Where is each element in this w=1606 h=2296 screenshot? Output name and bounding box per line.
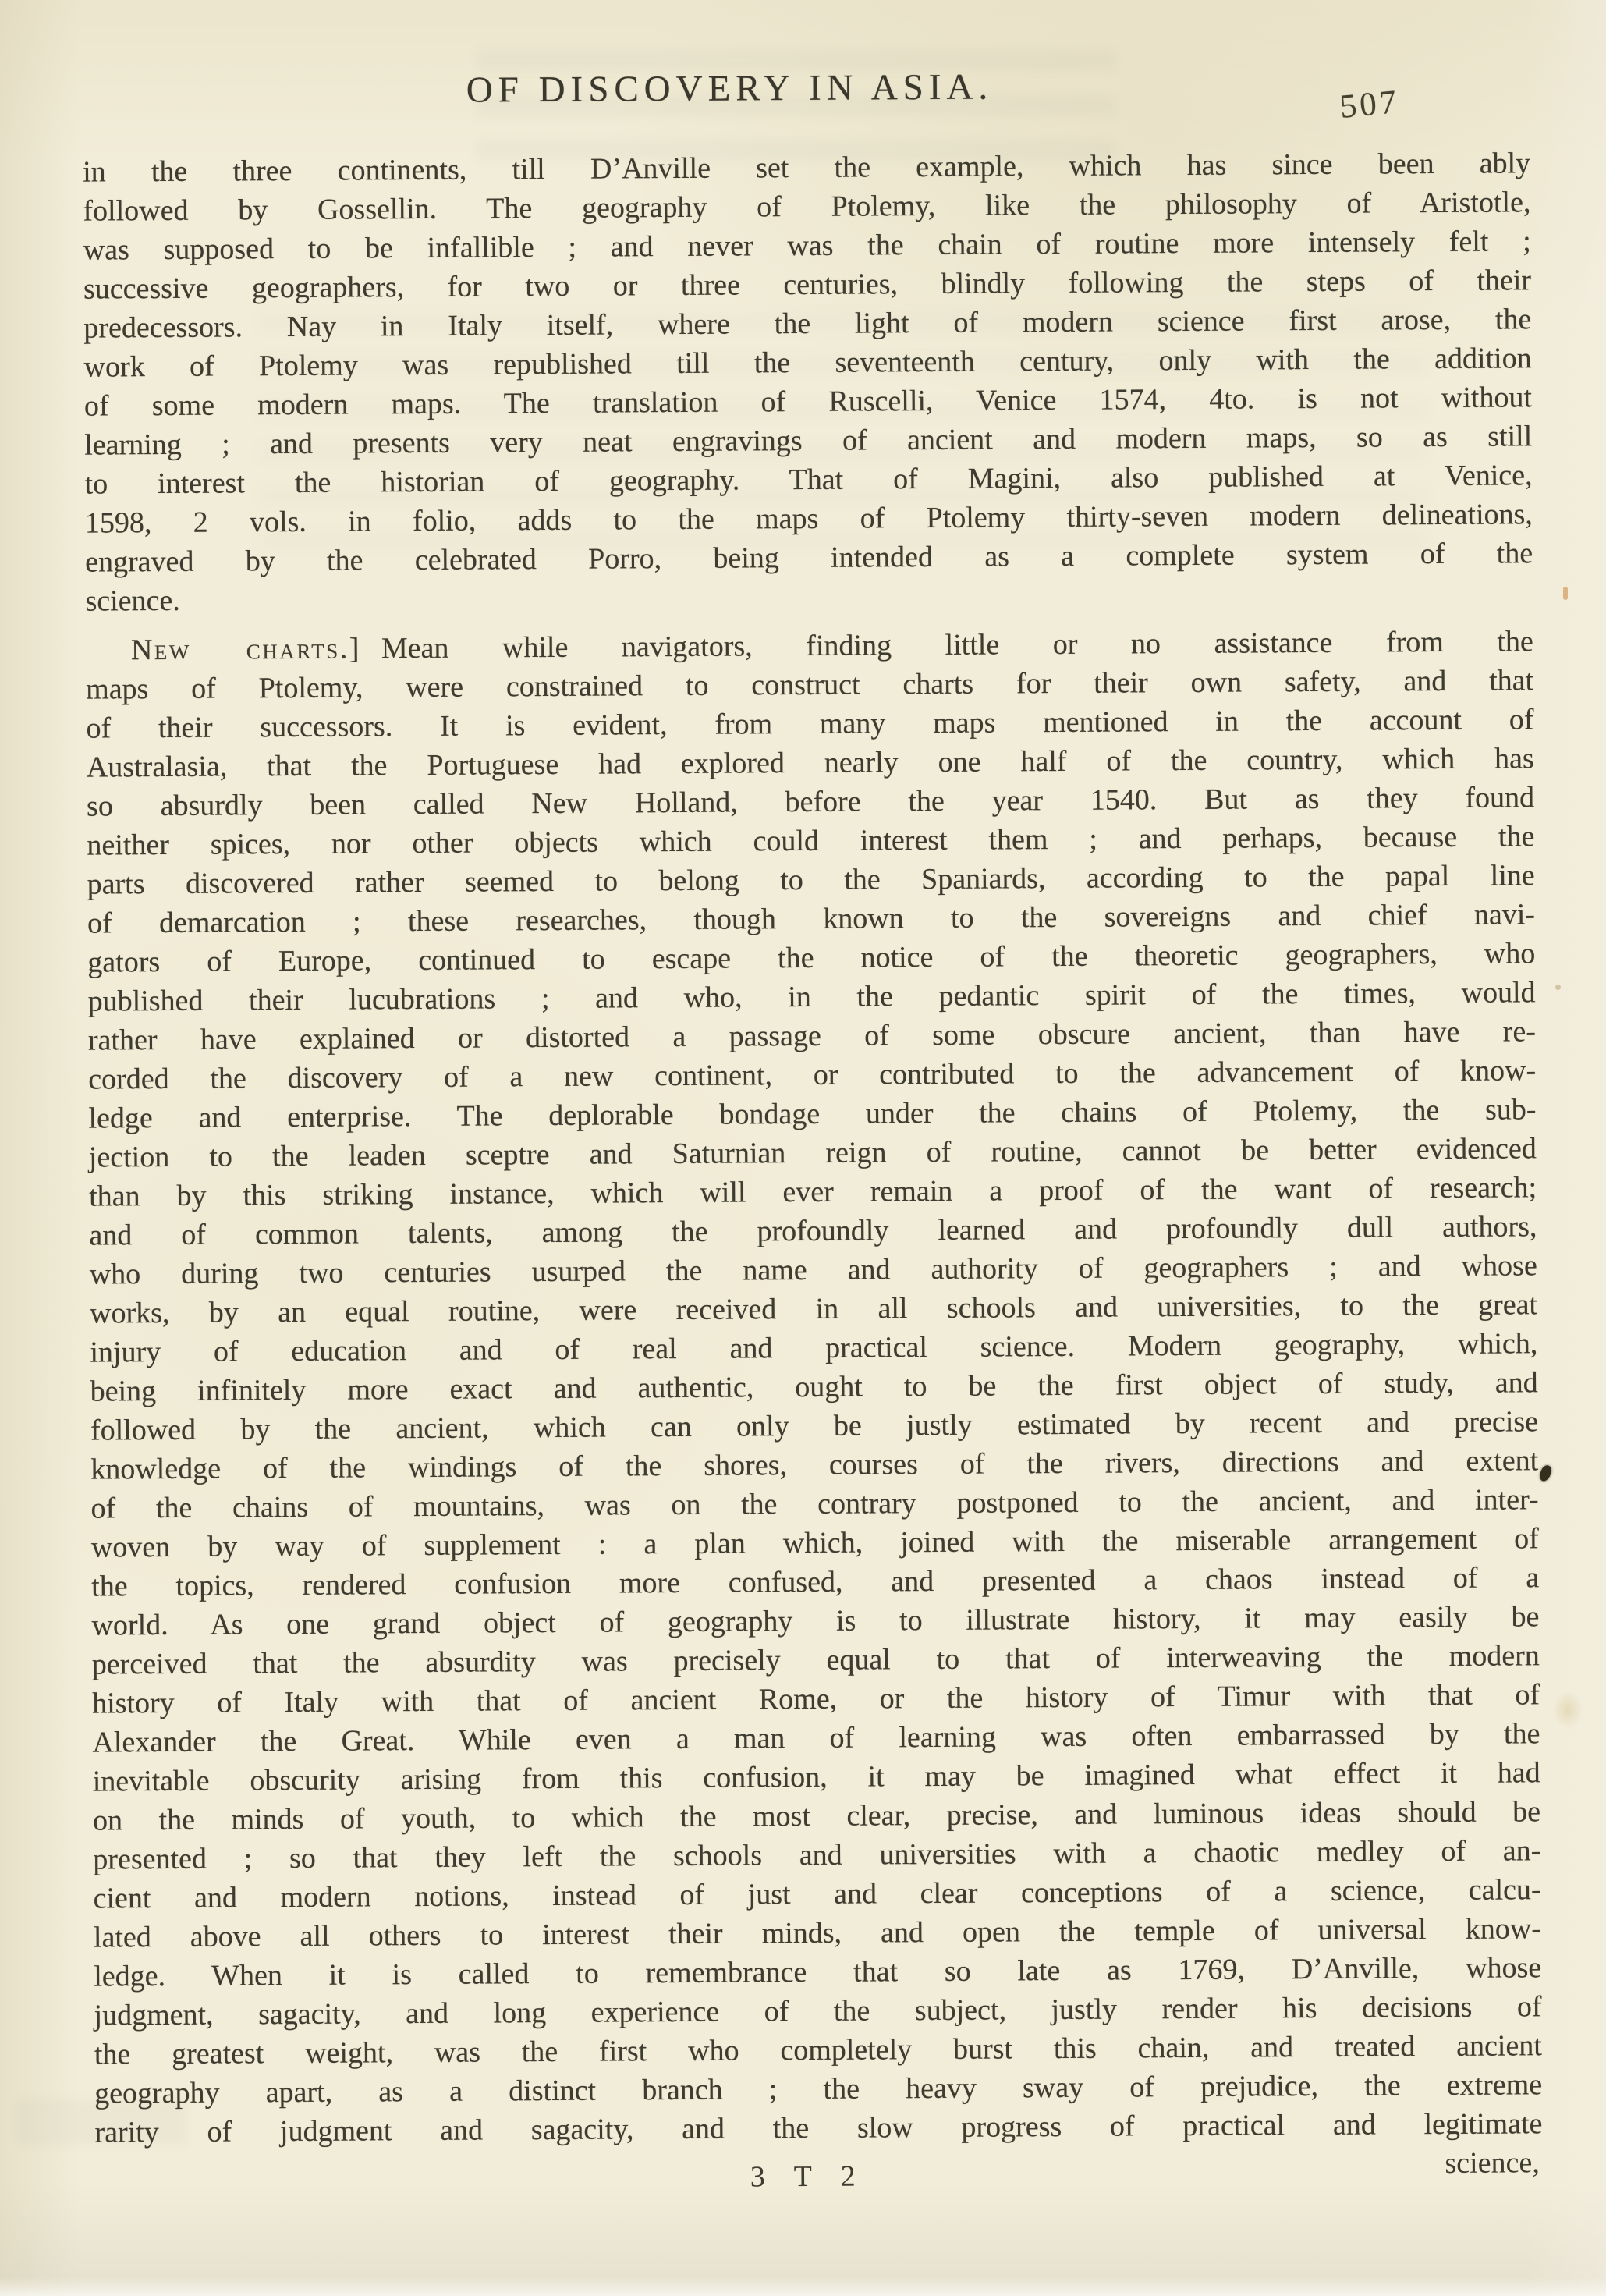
signature-mark: 3 T 2 [750, 2159, 867, 2195]
paragraph-2: New charts.]Mean while navigators, findi… [86, 622, 1543, 2152]
scan-edge [0, 2277, 1606, 2296]
paper-speck [1555, 985, 1561, 990]
paper-stain [1548, 1685, 1588, 1735]
scanned-content: OF DISCOVERY IN ASIA. 507 in the three c… [0, 0, 1606, 2296]
text-block: in the three continents, till D’Anville … [83, 144, 1543, 2152]
text-line: rarity of judgment and sagacity, and the… [94, 2104, 1542, 2152]
catchword: science, [1445, 2145, 1540, 2181]
running-title: OF DISCOVERY IN ASIA. [466, 66, 994, 111]
section-lead-in: New charts.] [131, 632, 361, 666]
page-footer: 3 T 2 science, [95, 2145, 1543, 2209]
book-page-scan: OF DISCOVERY IN ASIA. 507 in the three c… [0, 0, 1606, 2296]
paragraph-1: in the three continents, till D’Anville … [83, 144, 1533, 620]
paper-speck [1563, 587, 1568, 600]
page-number: 507 [1338, 83, 1402, 126]
paragraph-2-first-line-text: Mean while navigators, finding little or… [381, 625, 1533, 665]
